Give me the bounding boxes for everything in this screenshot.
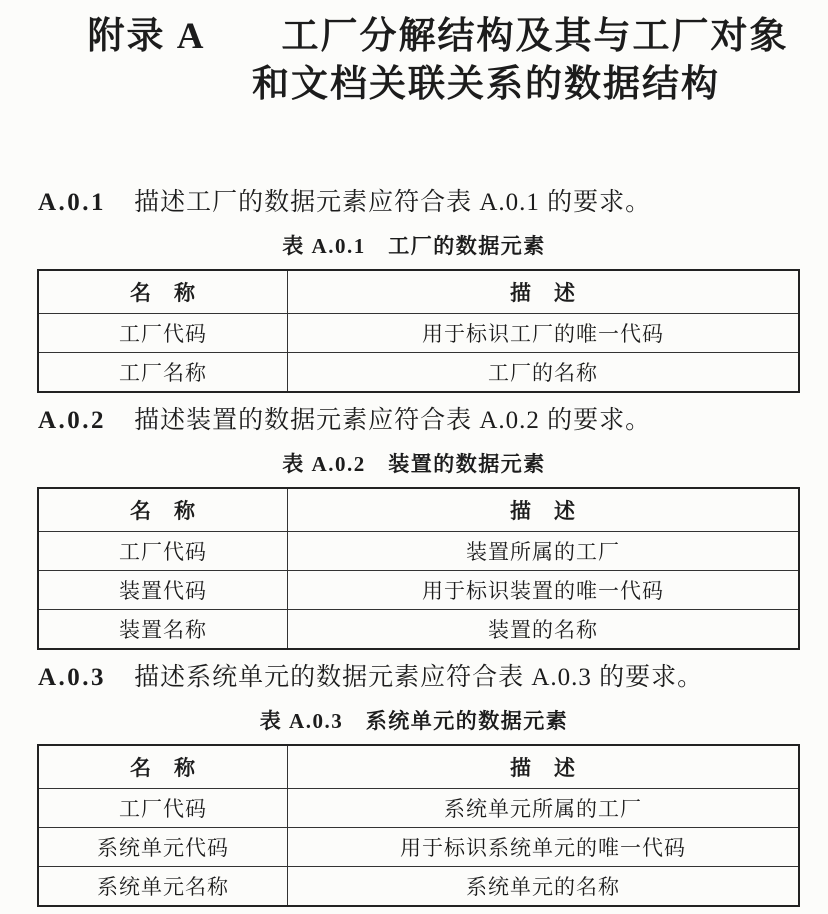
table-row: 装置代码 用于标识装置的唯一代码 [38, 571, 799, 610]
cell-name: 工厂代码 [38, 532, 288, 571]
table-a-0-3: 名 称 描 述 工厂代码 系统单元所属的工厂 系统单元代码 用于标识系统单元的唯… [37, 744, 800, 907]
column-header-description: 描 述 [288, 745, 800, 789]
cell-description: 用于标识工厂的唯一代码 [288, 314, 800, 353]
table-row: 工厂代码 系统单元所属的工厂 [38, 789, 799, 828]
table-caption-a-0-3: 表 A.0.3 系统单元的数据元素 [0, 708, 828, 734]
cell-description: 装置的名称 [288, 610, 800, 650]
table-row: 系统单元代码 用于标识系统单元的唯一代码 [38, 828, 799, 867]
table-header-row: 名 称 描 述 [38, 745, 799, 789]
table-a-0-1: 名 称 描 述 工厂代码 用于标识工厂的唯一代码 工厂名称 工厂的名称 [37, 269, 800, 393]
cell-name: 工厂代码 [38, 314, 288, 353]
clause-paragraph-a-0-2: A.0.2描述装置的数据元素应符合表 A.0.2 的要求。 [38, 405, 828, 437]
appendix-title-line2: 和文档关联关系的数据结构 [72, 61, 828, 109]
cell-description: 系统单元的名称 [288, 867, 800, 907]
table-row: 工厂代码 装置所属的工厂 [38, 532, 799, 571]
clause-paragraph-a-0-1: A.0.1描述工厂的数据元素应符合表 A.0.1 的要求。 [38, 187, 828, 219]
cell-description: 用于标识装置的唯一代码 [288, 571, 800, 610]
table-caption-a-0-2: 表 A.0.2 装置的数据元素 [0, 451, 828, 477]
clause-text: 描述装置的数据元素应符合表 A.0.2 的要求。 [134, 407, 651, 434]
clause-number: A.0.1 [38, 189, 106, 216]
column-header-name: 名 称 [38, 488, 288, 532]
table-row: 系统单元名称 系统单元的名称 [38, 867, 799, 907]
cell-name: 系统单元代码 [38, 828, 288, 867]
cell-description: 装置所属的工厂 [288, 532, 800, 571]
cell-description: 用于标识系统单元的唯一代码 [288, 828, 800, 867]
cell-name: 工厂名称 [38, 353, 288, 393]
table-row: 装置名称 装置的名称 [38, 610, 799, 650]
column-header-description: 描 述 [288, 270, 800, 314]
clause-paragraph-a-0-3: A.0.3描述系统单元的数据元素应符合表 A.0.3 的要求。 [38, 662, 828, 694]
table-header-row: 名 称 描 述 [38, 488, 799, 532]
section-a-0-2: A.0.2描述装置的数据元素应符合表 A.0.2 的要求。 表 A.0.2 装置… [0, 405, 828, 650]
clause-text: 描述工厂的数据元素应符合表 A.0.1 的要求。 [134, 189, 651, 216]
clause-text: 描述系统单元的数据元素应符合表 A.0.3 的要求。 [134, 664, 703, 691]
table-a-0-2: 名 称 描 述 工厂代码 装置所属的工厂 装置代码 用于标识装置的唯一代码 装置… [37, 487, 800, 650]
cell-name: 装置名称 [38, 610, 288, 650]
table-header-row: 名 称 描 述 [38, 270, 799, 314]
column-header-name: 名 称 [38, 270, 288, 314]
column-header-description: 描 述 [288, 488, 800, 532]
cell-name: 装置代码 [38, 571, 288, 610]
table-row: 工厂名称 工厂的名称 [38, 353, 799, 393]
clause-number: A.0.2 [38, 407, 106, 434]
section-a-0-1: A.0.1描述工厂的数据元素应符合表 A.0.1 的要求。 表 A.0.1 工厂… [0, 187, 828, 393]
cell-description: 系统单元所属的工厂 [288, 789, 800, 828]
column-header-name: 名 称 [38, 745, 288, 789]
cell-description: 工厂的名称 [288, 353, 800, 393]
appendix-title: 附录 A 工厂分解结构及其与工厂对象 和文档关联关系的数据结构 [0, 0, 828, 109]
table-row: 工厂代码 用于标识工厂的唯一代码 [38, 314, 799, 353]
clause-number: A.0.3 [38, 664, 106, 691]
section-a-0-3: A.0.3描述系统单元的数据元素应符合表 A.0.3 的要求。 表 A.0.3 … [0, 662, 828, 907]
document-page: 附录 A 工厂分解结构及其与工厂对象 和文档关联关系的数据结构 A.0.1描述工… [0, 0, 828, 914]
cell-name: 系统单元名称 [38, 867, 288, 907]
appendix-title-line1: 附录 A 工厂分解结构及其与工厂对象 [24, 13, 828, 61]
table-caption-a-0-1: 表 A.0.1 工厂的数据元素 [0, 233, 828, 259]
cell-name: 工厂代码 [38, 789, 288, 828]
